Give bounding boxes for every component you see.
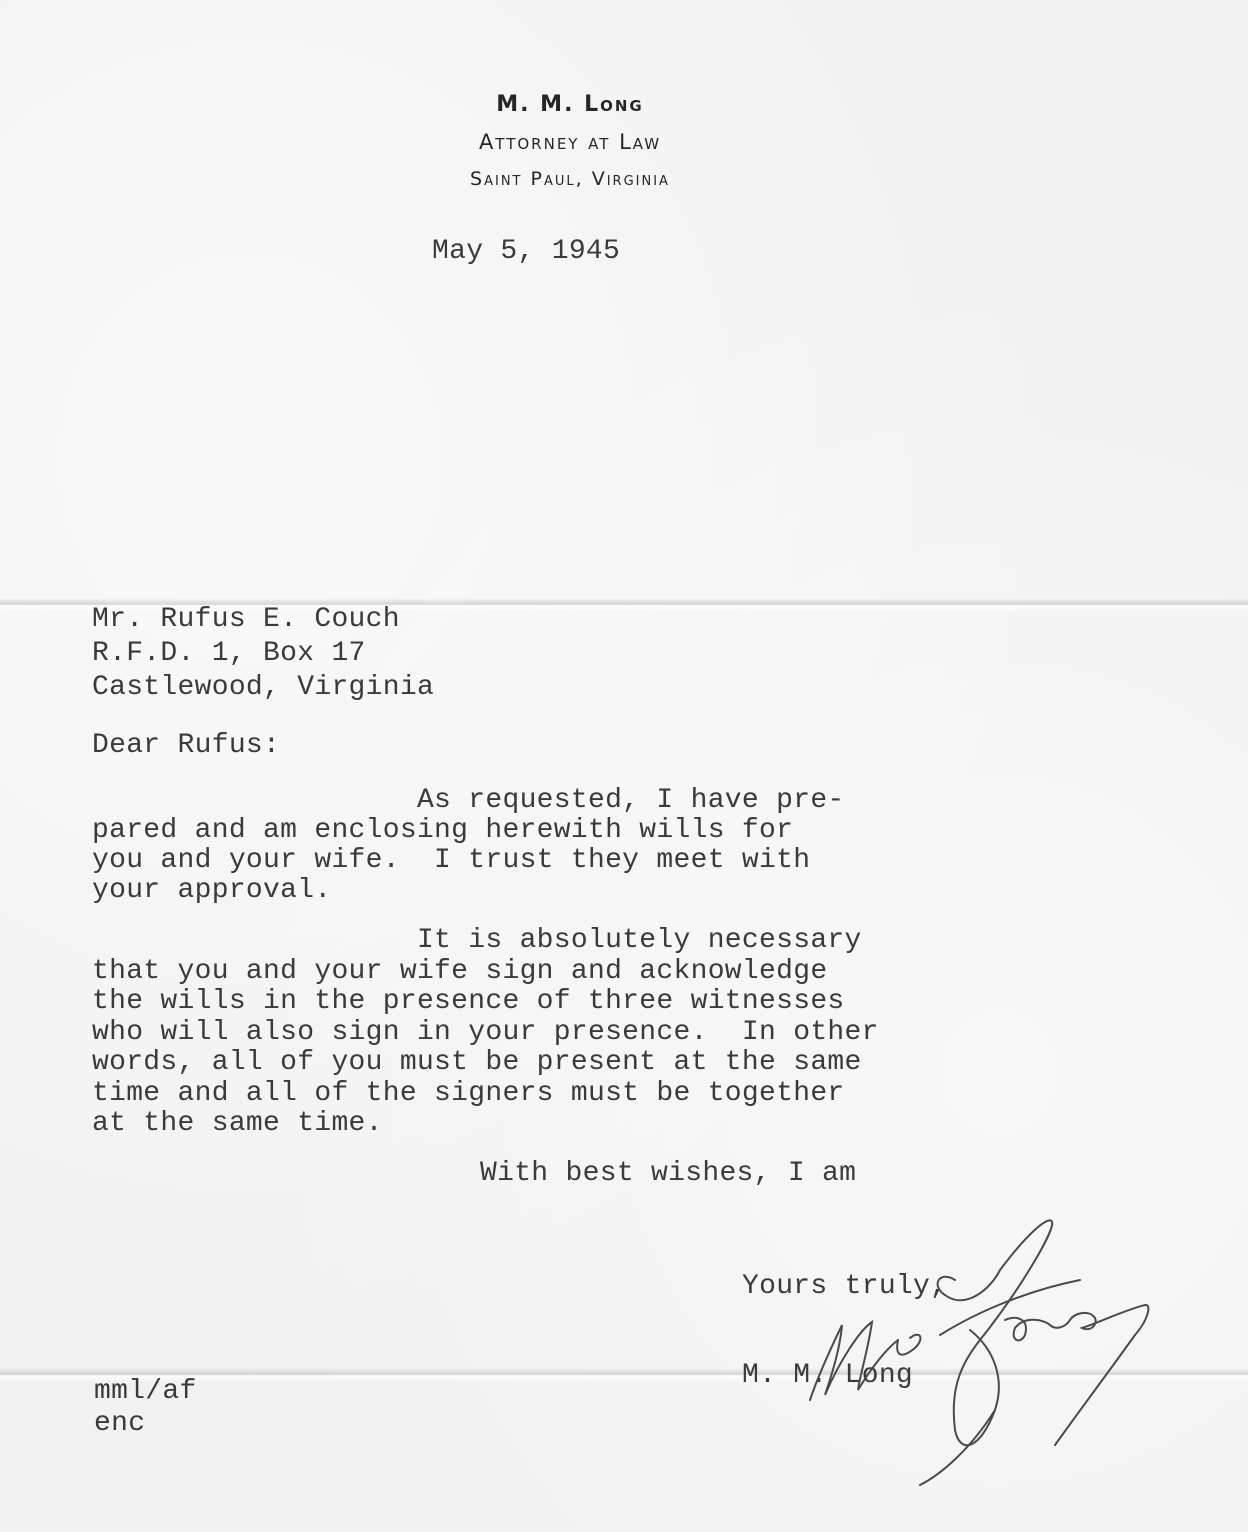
body-line: It is absolutely necessary bbox=[92, 926, 879, 957]
body-line: that you and your wife sign and acknowle… bbox=[92, 957, 879, 988]
recipient-name: Mr. Rufus E. Couch bbox=[92, 603, 434, 637]
body-line: at the same time. bbox=[92, 1109, 879, 1140]
body-line: pared and am enclosing herewith wills fo… bbox=[92, 816, 845, 846]
body-line: you and your wife. I trust they meet wit… bbox=[92, 846, 845, 876]
recipient-address: Mr. Rufus E. CouchR.F.D. 1, Box 17Castle… bbox=[92, 603, 434, 705]
reference-block: mml/afenc bbox=[94, 1376, 197, 1440]
letterhead-name: M. M. Long bbox=[0, 92, 1140, 117]
letterhead-location: Saint Paul, Virginia bbox=[0, 168, 1140, 190]
handwritten-signature-icon bbox=[780, 1210, 1180, 1490]
body-line: the wills in the presence of three witne… bbox=[92, 987, 879, 1018]
body-line: As requested, I have pre- bbox=[92, 786, 845, 816]
recipient-street: R.F.D. 1, Box 17 bbox=[92, 637, 434, 671]
body-line: words, all of you must be present at the… bbox=[92, 1048, 879, 1079]
closing-phrase: With best wishes, I am bbox=[480, 1160, 856, 1188]
salutation: Dear Rufus: bbox=[92, 732, 280, 760]
letterhead-title: Attorney at Law bbox=[0, 130, 1140, 154]
typist-initials: mml/af bbox=[94, 1376, 197, 1408]
body-line: who will also sign in your presence. In … bbox=[92, 1018, 879, 1049]
enclosure-notation: enc bbox=[94, 1408, 197, 1440]
body-line: your approval. bbox=[92, 876, 845, 906]
body-line: time and all of the signers must be toge… bbox=[92, 1079, 879, 1110]
body-paragraph-2: It is absolutely necessarythat you and y… bbox=[92, 926, 879, 1140]
body-paragraph-1: As requested, I have pre-pared and am en… bbox=[92, 786, 845, 906]
letter-date: May 5, 1945 bbox=[432, 238, 620, 266]
recipient-city: Castlewood, Virginia bbox=[92, 671, 434, 705]
